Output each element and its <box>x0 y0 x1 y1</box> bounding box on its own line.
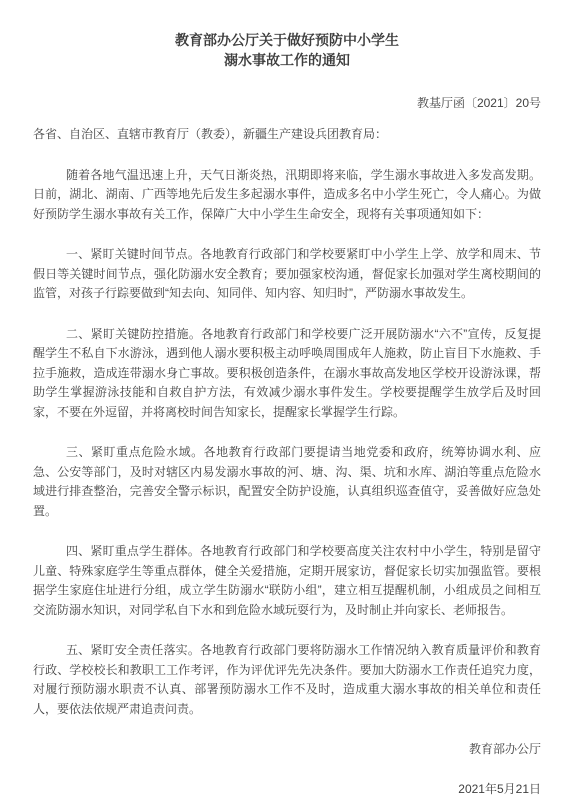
document-number: 教基厅函〔2021〕20号 <box>33 93 541 113</box>
document-title-line-2: 溺水事故工作的通知 <box>33 50 541 70</box>
paragraph-section-3: 三、紧盯重点危险水域。各地教育行政部门要提请当地党委和政府，统筹协调水利、应急、… <box>33 443 541 521</box>
paragraph-section-2: 二、紧盯关键防控措施。各地教育行政部门和学校要广泛开展防溺水“六不”宣传，反复提… <box>33 325 541 423</box>
paragraph-section-4: 四、紧盯重点学生群体。各地教育行政部门和学校要高度关注农村中小学生，特别是留守儿… <box>33 542 541 620</box>
issue-date: 2021年5月21日 <box>33 780 541 800</box>
document-page: 教育部办公厅关于做好预防中小学生 溺水事故工作的通知 教基厅函〔2021〕20号… <box>0 0 574 803</box>
paragraph-section-5: 五、紧盯安全责任落实。各地教育行政部门要将防溺水工作情况纳入教育质量评价和教育行… <box>33 641 541 719</box>
salutation: 各省、自治区、直辖市教育厅（教委），新疆生产建设兵团教育局： <box>33 125 541 145</box>
document-title-line-1: 教育部办公厅关于做好预防中小学生 <box>33 30 541 50</box>
document-title: 教育部办公厅关于做好预防中小学生 溺水事故工作的通知 <box>33 30 541 70</box>
paragraph-intro: 随着各地气温迅速上升，天气日渐炎热，汛期即将来临，学生溺水事故进入多发高发期。日… <box>33 166 541 225</box>
paragraph-section-1: 一、紧盯关键时间节点。各地教育行政部门和学校要紧盯中小学生上学、放学和周末、节假… <box>33 245 541 304</box>
issuer-signature: 教育部办公厅 <box>33 740 541 760</box>
